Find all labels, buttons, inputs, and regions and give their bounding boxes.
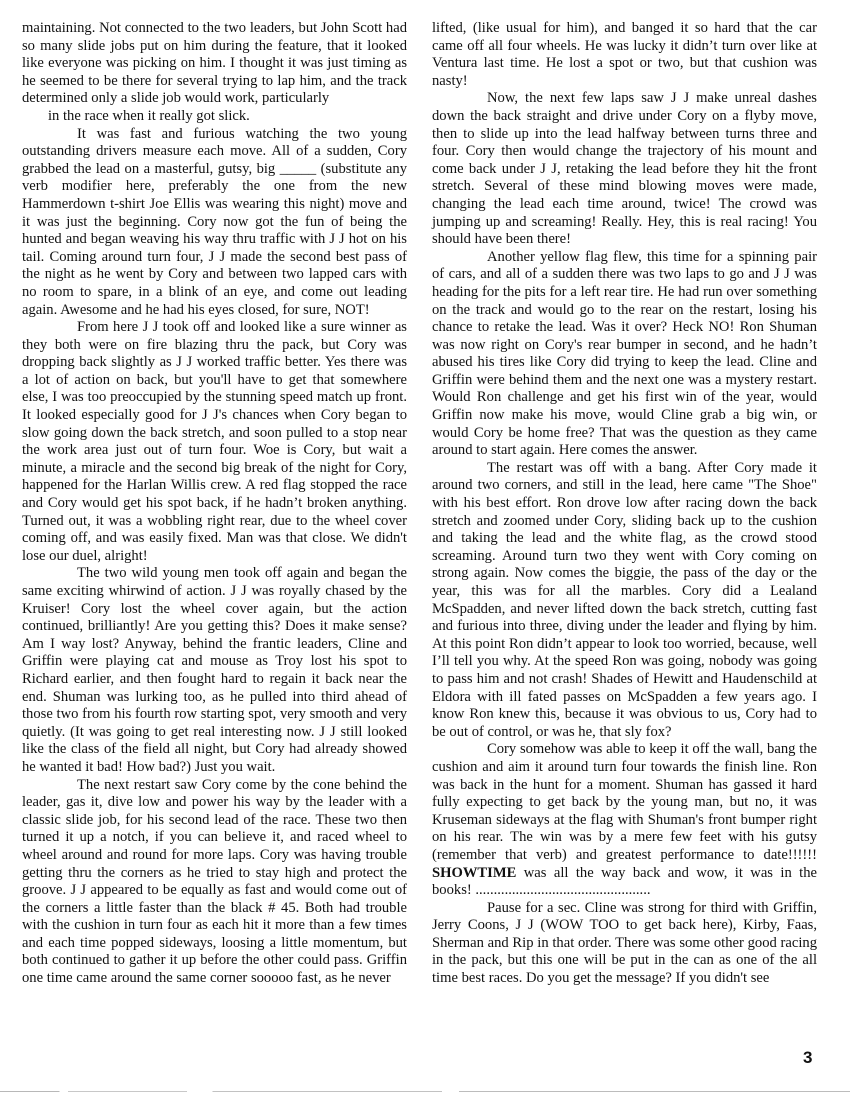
paragraph-text: The two wild young men took off again an… <box>22 565 407 775</box>
scan-edge-line <box>0 1091 850 1092</box>
paragraph-text: The restart was off with a bang. After C… <box>432 460 817 740</box>
right-column: lifted, (like usual for him), and banged… <box>432 20 817 988</box>
paragraph-text: Now, the next few laps saw J J make unre… <box>432 90 817 247</box>
document-page: maintaining. Not connected to the two le… <box>0 0 850 1100</box>
paragraph: Cory somehow was able to keep it off the… <box>432 741 817 899</box>
paragraph-text: From here J J took off and looked like a… <box>22 319 407 564</box>
paragraph-text: Cory somehow was able to keep it off the… <box>432 741 817 863</box>
paragraph-text: It was fast and furious watching the two… <box>22 126 407 318</box>
paragraph: From here J J took off and looked like a… <box>22 319 407 565</box>
paragraph-text: maintaining. Not connected to the two le… <box>22 20 407 106</box>
paragraph-text: Another yellow flag flew, this time for … <box>432 249 817 459</box>
paragraph: It was fast and furious watching the two… <box>22 126 407 320</box>
paragraph: Pause for a sec. Cline was strong for th… <box>432 900 817 988</box>
paragraph-continued: maintaining. Not connected to the two le… <box>22 20 407 108</box>
paragraph: Now, the next few laps saw J J make unre… <box>432 90 817 248</box>
paragraph-text: Pause for a sec. Cline was strong for th… <box>432 900 817 986</box>
paragraph: Another yellow flag flew, this time for … <box>432 249 817 460</box>
paragraph-text: in the race when it really got slick. <box>48 108 250 124</box>
paragraph-continuation-line: in the race when it really got slick. <box>22 108 407 126</box>
paragraph: The two wild young men took off again an… <box>22 565 407 776</box>
paragraph: The restart was off with a bang. After C… <box>432 460 817 742</box>
showtime-emphasis: SHOWTIME <box>432 865 516 881</box>
paragraph-continued: lifted, (like usual for him), and banged… <box>432 20 817 90</box>
paragraph-text: The next restart saw Cory come by the co… <box>22 777 407 987</box>
paragraph-text: lifted, (like usual for him), and banged… <box>432 20 817 89</box>
paragraph: The next restart saw Cory come by the co… <box>22 777 407 988</box>
left-column: maintaining. Not connected to the two le… <box>22 20 407 988</box>
page-number: 3 <box>803 1048 812 1068</box>
